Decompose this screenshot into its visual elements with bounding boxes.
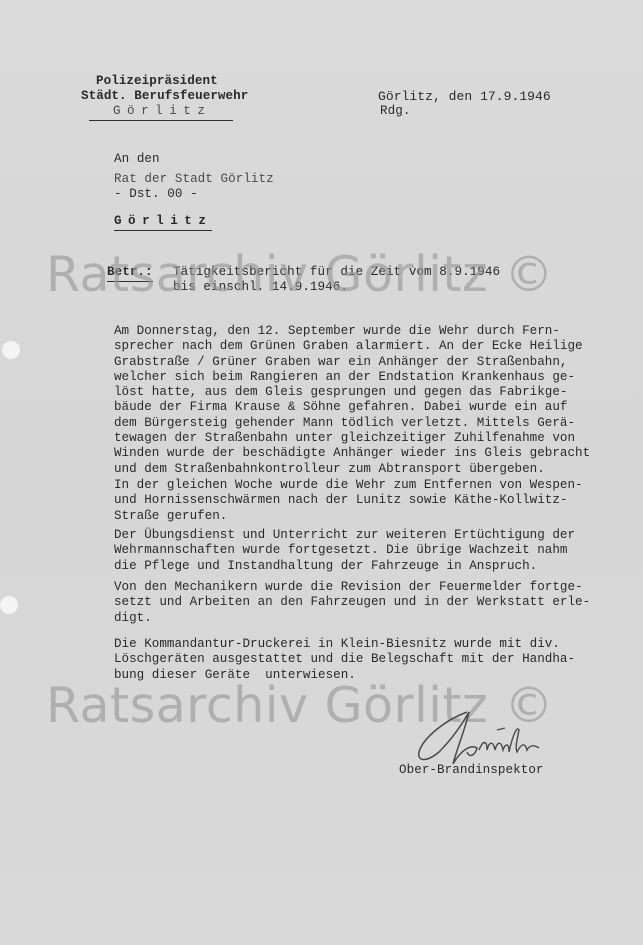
date-line: Görlitz, den 17.9.1946 [378,89,551,105]
body-paragraph-4: Von den Mechanikern wurde die Revision d… [114,580,634,626]
watermark-upper: Ratsarchiv Görlitz © [46,250,554,300]
paragraph-line: Löschgeräten ausgestattet und die Belegs… [114,652,634,667]
paragraph-line: Grabstraße / Grüner Graben war ein Anhän… [114,355,634,370]
paragraph-line: und Hornissenschwärmen nach der Lunitz s… [114,493,634,508]
paragraph-line: bäude der Firma Krause & Söhne gefahren.… [114,400,634,415]
punch-hole-upper [2,341,20,359]
paragraph-line: Wehrmannschaften wurde fortgesetzt. Die … [114,543,634,558]
sender-city: Görlitz [89,104,233,121]
recipient-line-2: Rat der Stadt Görlitz [114,172,274,188]
document-page: Polizeipräsident Städt. Berufsfeuerwehr … [0,0,643,945]
punch-hole-lower [0,596,18,614]
paragraph-line: welcher sich beim Rangieren an der Endst… [114,370,634,385]
paragraph-line: Der Übungsdienst und Unterricht zur weit… [114,528,634,543]
recipient-line-1: An den [114,152,160,168]
paragraph-line: digt. [114,611,634,626]
paragraph-line: tewagen der Straßenbahn unter gleichzeit… [114,431,634,446]
paragraph-line: Am Donnerstag, den 12. September wurde d… [114,324,634,339]
paragraph-line: sprecher nach dem Grünen Graben alarmier… [114,339,634,354]
paragraph-line: Die Kommandantur-Druckerei in Klein-Bies… [114,637,634,652]
paragraph-line: löst hatte, aus dem Gleis gesprungen und… [114,385,634,400]
paragraph-line: Winden wurde der beschädigte Anhänger wi… [114,446,634,461]
paragraph-line: die Pflege und Instandhaltung der Fahrze… [114,559,634,574]
recipient-line-3: - Dst. 00 - [114,187,198,203]
paragraph-line: In der gleichen Woche wurde die Wehr zum… [114,478,634,493]
paragraph-line: und dem Straßenbahnkontrolleur zum Abtra… [114,462,634,477]
body-paragraph-1: Am Donnerstag, den 12. September wurde d… [114,324,634,477]
recipient-city: Görlitz [114,214,212,231]
body-paragraph-5: Die Kommandantur-Druckerei in Klein-Bies… [114,637,634,683]
paragraph-line: dem Bürgersteig gehender Mann tödlich ve… [114,416,634,431]
body-paragraph-3: Der Übungsdienst und Unterricht zur weit… [114,528,634,574]
body-paragraph-2: In der gleichen Woche wurde die Wehr zum… [114,478,634,524]
reference-mark: Rdg. [380,104,410,120]
sender-line-2: Städt. Berufsfeuerwehr [81,89,248,105]
paragraph-line: Von den Mechanikern wurde die Revision d… [114,580,634,595]
signatory-title: Ober-Brandinspektor [399,763,544,779]
paragraph-line: Straße gerufen. [114,509,634,524]
paragraph-line: setzt und Arbeiten an den Fahrzeugen und… [114,595,634,610]
sender-line-1: Polizeipräsident [96,74,218,90]
